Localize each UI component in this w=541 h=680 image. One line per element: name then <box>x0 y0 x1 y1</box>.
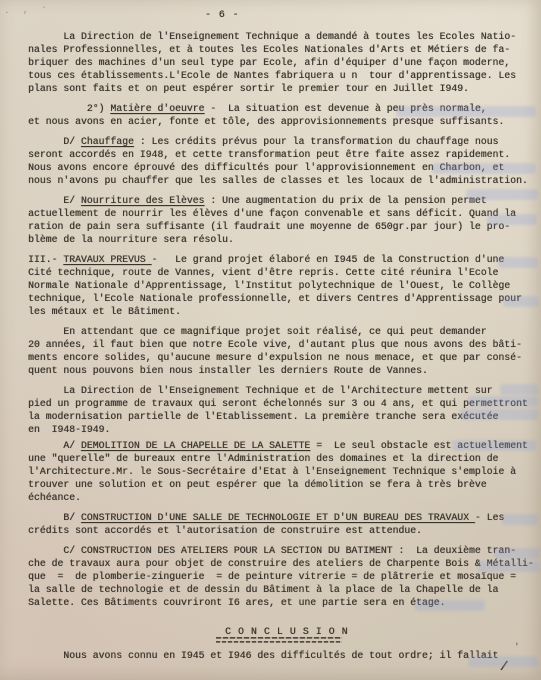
paragraph-chauffage: D/ Chauffage : Les crédits prévus pour l… <box>28 135 541 187</box>
paragraph-closing-line: Nous avons connu en I945 et I946 des dif… <box>28 649 541 662</box>
paragraph-text: Nous avons connu en I945 et I946 des dif… <box>28 650 498 661</box>
paragraph-direction-enseignement: La Direction de l'Enseignement Technique… <box>28 30 541 95</box>
heading-matiere-doeuvre: Matière d'oeuvre <box>110 103 204 114</box>
heading-demolition-chapelle: DEMOLITION DE LA CHAPELLE DE LA SALETTE <box>81 440 310 451</box>
list-marker: D/ <box>28 136 81 147</box>
list-marker: A/ <box>28 440 81 451</box>
scanned-document-page: · , · - 6 - La Direction de l'Enseigneme… <box>0 0 541 680</box>
paragraph-text: La Direction de l'Enseignement Technique… <box>28 31 516 94</box>
paragraph-nourriture-eleves: E/ Nourriture des Elèves : Une augmentat… <box>28 194 541 246</box>
paragraph-demolition-chapelle: A/ DEMOLITION DE LA CHAPELLE DE LA SALET… <box>28 439 541 504</box>
paragraph-en-attendant: En attendant que ce magnifique projet so… <box>28 325 541 377</box>
heading-construction-salle: CONSTRUCTION D'UNE SALLE DE TECHNOLOGIE … <box>81 512 475 523</box>
list-marker: B/ <box>28 512 81 523</box>
paragraph-construction-salle: B/ CONSTRUCTION D'UNE SALLE DE TECHNOLOG… <box>28 511 541 537</box>
paragraph-text: C/ CONSTRUCTION DES ATELIERS POUR LA SEC… <box>28 545 534 608</box>
paragraph-text: La Direction de l'Enseignement Technique… <box>28 385 528 435</box>
paragraph-text: En attendant que ce magnifique projet so… <box>28 326 522 376</box>
list-marker: 2°) <box>28 103 110 114</box>
heading-travaux-prevus: TRAVAUX PREVUS <box>63 254 151 265</box>
heading-chauffage: Chauffage <box>81 136 134 147</box>
stray-ink-tick: ' <box>514 641 519 654</box>
paragraph-programme-travaux: La Direction de l'Enseignement Technique… <box>28 384 541 436</box>
paragraph-construction-ateliers: C/ CONSTRUCTION DES ATELIERS POUR LA SEC… <box>28 544 541 609</box>
heading-nourriture-eleves: Nourriture des Elèves <box>81 195 204 206</box>
paragraph-matiere-doeuvre: 2°) Matière d'oeuvre - La situation est … <box>28 102 541 128</box>
page-number: - 6 - <box>28 8 541 21</box>
paragraph-travaux-prevus: III.- TRAVAUX PREVUS - Le grand projet é… <box>28 253 541 318</box>
list-marker: III.- <box>28 254 63 265</box>
conclusion-underline <box>216 637 342 643</box>
list-marker: E/ <box>28 195 81 206</box>
page-continuation-slash: / <box>499 660 508 674</box>
